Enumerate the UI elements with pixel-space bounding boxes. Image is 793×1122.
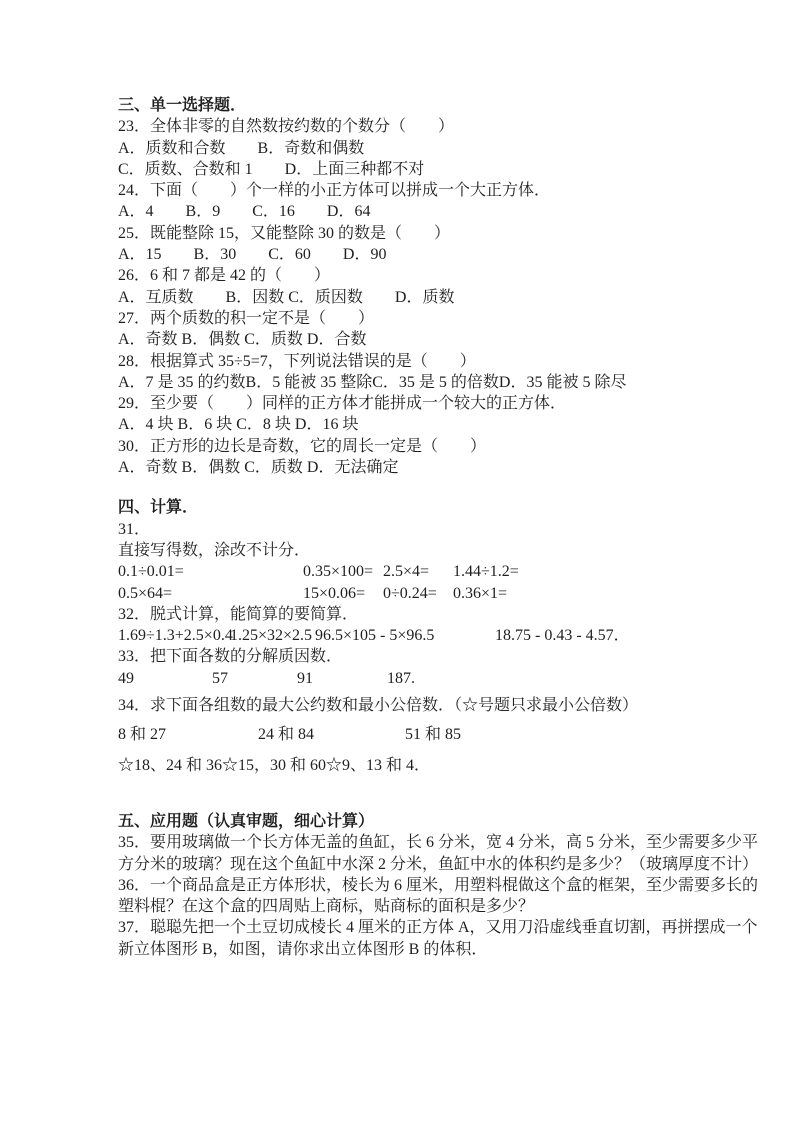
question-26-options: A．互质数 B．因数 C．质因数 D．质数: [118, 287, 693, 308]
question-34-pairs-cell: 8 和 27: [118, 724, 166, 745]
question-33-numbers: 495791187.: [118, 668, 693, 689]
question-32-expressions-cell: 1.69÷1.3+2.5×0.4: [118, 625, 233, 646]
question-31-instruction: 直接写得数，涂改不计分．: [118, 540, 693, 561]
question-24-options: A．4 B．9 C．16 D．64: [118, 201, 693, 222]
question-32-expressions-cell: 96.5×105 - 5×96.5: [315, 625, 434, 646]
spacer-before-section-4: [118, 478, 693, 497]
question-31-row-2-cell: 0.5×64=: [118, 583, 172, 604]
spacer-before-section-5: [118, 776, 693, 811]
question-36-line-2: 塑料棍？在这个盒的四周贴上商标，贴商标的面积是多少？: [118, 896, 693, 917]
question-30-options: A．奇数 B．偶数 C．质数 D．无法确定: [118, 457, 693, 478]
question-24: 24．下面（ ）个一样的小正方体可以拼成一个大正方体．: [118, 180, 693, 201]
question-23: 23．全体非零的自然数按约数的个数分（ ）: [118, 116, 693, 137]
question-33-numbers-cell: 91: [297, 668, 313, 689]
question-25-options: A．15 B．30 C．60 D．90: [118, 244, 693, 265]
question-31-row-1-cell: 0.1÷0.01=: [118, 561, 184, 582]
question-31-row-2-cell: 15×0.06=: [303, 583, 365, 604]
question-35-line-2: 方分米的玻璃？现在这个鱼缸中水深 2 分米，鱼缸中水的体积约是多少？（玻璃厚度不…: [118, 854, 693, 875]
question-36-line-1: 36．一个商品盒是正方体形状，棱长为 6 厘米，用塑料棍做这个盒的框架，至少需要…: [118, 875, 693, 896]
question-33-numbers-cell: 49: [118, 668, 134, 689]
spacer-before-question-34-starred: [118, 746, 693, 755]
question-27-options: A．奇数 B．偶数 C．质数 D．合数: [118, 329, 693, 350]
question-32-expressions-cell: 1.25×32×2.5: [230, 625, 312, 646]
question-34: 34．求下面各组数的最大公约数和最小公倍数．（☆号题只求最小公倍数）: [118, 695, 693, 716]
section-3-heading: 三、单一选择题．: [118, 95, 693, 116]
question-28: 28．根据算式 35÷5=7，下列说法错误的是（ ）: [118, 351, 693, 372]
question-31-row-1-cell: 0.35×100=: [303, 561, 373, 582]
question-29: 29．至少要（ ）同样的正方体才能拼成一个较大的正方体．: [118, 393, 693, 414]
question-31-row-2: 0.5×64=15×0.06=0÷0.24=0.36×1=: [118, 583, 693, 604]
question-31-row-1: 0.1÷0.01=0.35×100=2.5×4=1.44÷1.2=: [118, 561, 693, 582]
question-32-expressions: 1.69÷1.3+2.5×0.41.25×32×2.596.5×105 - 5×…: [118, 625, 693, 646]
question-31-row-1-cell: 2.5×4=: [383, 561, 429, 582]
question-34-pairs-cell: 24 和 84: [258, 724, 314, 745]
question-31-row-1-cell: 1.44÷1.2=: [453, 561, 519, 582]
question-32: 32．脱式计算，能简算的要简算．: [118, 604, 693, 625]
question-35-line-1: 35．要用玻璃做一个长方体无盖的鱼缸，长 6 分米，宽 4 分米，高 5 分米，…: [118, 832, 693, 853]
question-31-row-2-cell: 0÷0.24=: [383, 583, 437, 604]
question-33: 33．把下面各数的分解质因数．: [118, 646, 693, 667]
question-28-options: A．7 是 35 的约数B．5 能被 35 整除C．35 是 5 的倍数D．35…: [118, 372, 693, 393]
question-29-options: A．4 块 B．6 块 C．8 块 D．16 块: [118, 414, 693, 435]
question-32-expressions-cell: 18.75 - 0.43 - 4.57．: [495, 625, 630, 646]
question-26: 26．6 和 7 都是 42 的（ ）: [118, 265, 693, 286]
document-page: 三、单一选择题．23．全体非零的自然数按约数的个数分（ ）A．质数和合数 B．奇…: [0, 0, 793, 1122]
question-23-options-2: C．质数、合数和 1 D．上面三种都不对: [118, 159, 693, 180]
section-5-heading: 五、应用题（认真审题，细心计算）: [118, 811, 693, 832]
question-34-starred: ☆18、24 和 36☆15，30 和 60☆9、13 和 4．: [118, 755, 693, 776]
question-37-line-2: 新立体图形 B，如图，请你求出立体图形 B 的体积．: [118, 939, 693, 960]
question-31-row-2-cell: 0.36×1=: [453, 583, 507, 604]
question-34-pairs-cell: 51 和 85: [405, 724, 461, 745]
question-25: 25．既能整除 15，又能整除 30 的数是（ ）: [118, 223, 693, 244]
question-33-numbers-cell: 57: [212, 668, 228, 689]
question-23-options-1: A．质数和合数 B．奇数和偶数: [118, 138, 693, 159]
question-37-line-1: 37．聪聪先把一个土豆切成棱长 4 厘米的正方体 A，又用刀沿虚线垂直切割，再拼…: [118, 917, 693, 938]
question-31: 31．: [118, 519, 693, 540]
question-27: 27．两个质数的积一定不是（ ）: [118, 308, 693, 329]
section-4-heading: 四、计算．: [118, 497, 693, 518]
question-30: 30．正方形的边长是奇数，它的周长一定是（ ）: [118, 436, 693, 457]
question-33-numbers-cell: 187.: [387, 668, 415, 689]
spacer-before-question-34-pairs: [118, 716, 693, 724]
question-34-pairs: 8 和 2724 和 8451 和 85: [118, 724, 693, 745]
